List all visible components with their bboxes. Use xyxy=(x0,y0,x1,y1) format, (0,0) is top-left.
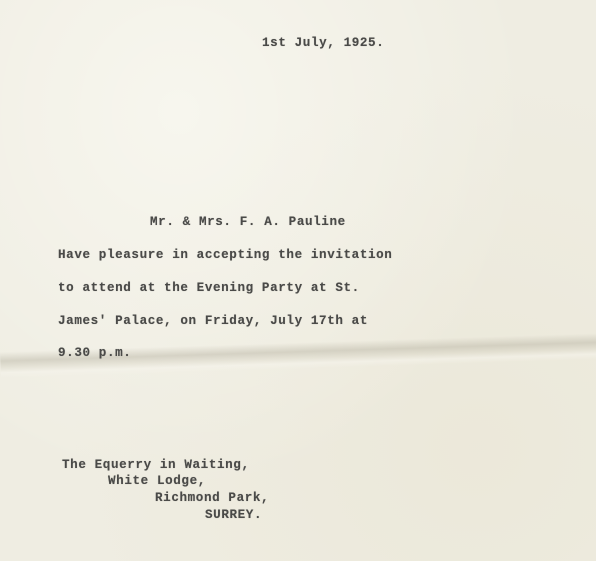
address-line-building: White Lodge, xyxy=(108,474,206,488)
letter-body-line: to attend at the Evening Party at St. xyxy=(58,281,360,295)
letter-body-line: James' Palace, on Friday, July 17th at xyxy=(58,314,368,328)
typewritten-letter: 1st July, 1925. Mr. & Mrs. F. A. Pauline… xyxy=(0,0,596,561)
letter-sender-names: Mr. & Mrs. F. A. Pauline xyxy=(150,215,346,229)
letter-date: 1st July, 1925. xyxy=(262,36,384,50)
letter-body-line: Have pleasure in accepting the invitatio… xyxy=(58,248,392,262)
letter-body-time: 9.30 p.m. xyxy=(58,346,131,360)
address-line-recipient: The Equerry in Waiting, xyxy=(62,458,250,472)
address-line-county: SURREY. xyxy=(205,508,262,522)
address-line-place: Richmond Park, xyxy=(155,491,269,505)
